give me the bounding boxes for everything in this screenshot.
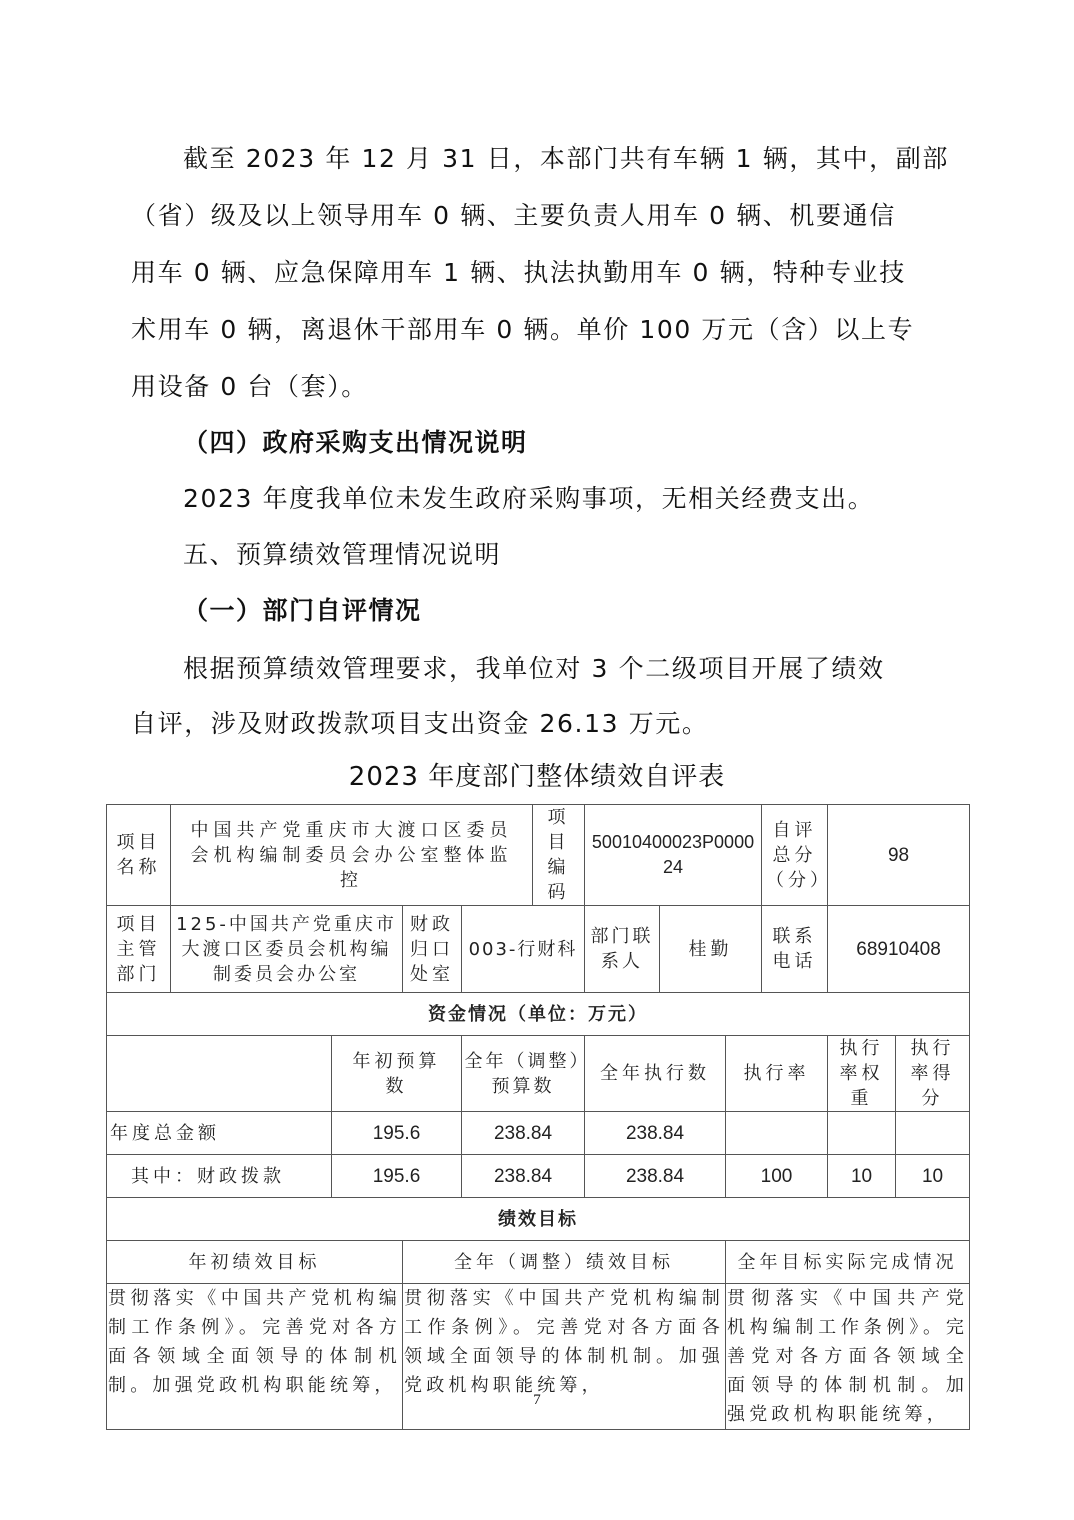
funding-initial: 195.6 [332, 1112, 462, 1155]
goals-header-initial: 年初绩效目标 [107, 1241, 403, 1284]
funding-section-title: 资金情况（单位：万元） [107, 993, 970, 1036]
funding-rate [726, 1112, 828, 1155]
funding-row-label: 其中：财政拨款 [107, 1155, 332, 1198]
phone-label: 联系电话 [762, 906, 828, 993]
funding-executed: 238.84 [585, 1155, 726, 1198]
funding-initial: 195.6 [332, 1155, 462, 1198]
funding-header-score: 执行率得分 [896, 1036, 970, 1112]
project-name-label: 项目名称 [107, 805, 171, 906]
paragraph-vehicles-line-4: 术用车 0 辆，离退休干部用车 0 辆。单价 100 万元（含）以上专 [131, 310, 914, 346]
funding-adjusted: 238.84 [462, 1112, 585, 1155]
goals-header-adjusted: 全年（调整）绩效目标 [403, 1241, 726, 1284]
funding-header-blank [107, 1036, 332, 1112]
funding-executed: 238.84 [585, 1112, 726, 1155]
paragraph-self-eval-line-1: 根据预算绩效管理要求，我单位对 3 个二级项目开展了绩效 [183, 649, 885, 685]
contact-value: 桂勤 [660, 906, 762, 993]
project-code-label: 项目编码 [533, 805, 585, 906]
paragraph-procurement: 2023 年度我单位未发生政府采购事项，无相关经费支出。 [183, 479, 874, 515]
funding-weight: 10 [828, 1155, 896, 1198]
paragraph-vehicles-line-5: 用设备 0 台（套）。 [131, 367, 368, 403]
dept-label: 项目主管部门 [107, 906, 171, 993]
project-name-value: 中国共产党重庆市大渡口区委员会机构编制委员会办公室整体监控 [171, 805, 533, 906]
finance-office-label: 财政归口处室 [403, 906, 462, 993]
phone-value: 68910408 [828, 906, 970, 993]
project-code-value: 50010400023P000024 [585, 805, 762, 906]
row-funding-title: 资金情况（单位：万元） [107, 993, 970, 1036]
funding-weight [828, 1112, 896, 1155]
funding-score: 10 [896, 1155, 970, 1198]
performance-table: 项目名称 中国共产党重庆市大渡口区委员会机构编制委员会办公室整体监控 项目编码 … [106, 804, 970, 1430]
funding-adjusted: 238.84 [462, 1155, 585, 1198]
dept-value: 125-中国共产党重庆市大渡口区委员会机构编制委员会办公室 [171, 906, 403, 993]
row-project-name: 项目名称 中国共产党重庆市大渡口区委员会机构编制委员会办公室整体监控 项目编码 … [107, 805, 970, 906]
funding-header-initial: 年初预算数 [332, 1036, 462, 1112]
row-funding-headers: 年初预算数 全年（调整）预算数 全年执行数 执行率 执行率权重 执行率得分 [107, 1036, 970, 1112]
funding-row-label: 年度总金额 [107, 1112, 332, 1155]
funding-header-rate: 执行率 [726, 1036, 828, 1112]
funding-header-executed: 全年执行数 [585, 1036, 726, 1112]
finance-office-value: 003-行财科 [462, 906, 585, 993]
heading-procurement: （四）政府采购支出情况说明 [183, 423, 528, 459]
row-funding-total: 年度总金额 195.6 238.84 238.84 [107, 1112, 970, 1155]
goals-section-title: 绩效目标 [107, 1198, 970, 1241]
self-score-value: 98 [828, 805, 970, 906]
page-number: 7 [0, 1392, 1074, 1409]
row-funding-fiscal: 其中：财政拨款 195.6 238.84 238.84 100 10 10 [107, 1155, 970, 1198]
funding-header-weight: 执行率权重 [828, 1036, 896, 1112]
paragraph-self-eval-line-2: 自评，涉及财政拨款项目支出资金 26.13 万元。 [131, 704, 708, 740]
paragraph-vehicles-line-3: 用车 0 辆、应急保障用车 1 辆、执法执勤用车 0 辆，特种专业技 [131, 253, 906, 289]
funding-score [896, 1112, 970, 1155]
funding-rate: 100 [726, 1155, 828, 1198]
goals-header-actual: 全年目标实际完成情况 [726, 1241, 970, 1284]
row-goals-headers: 年初绩效目标 全年（调整）绩效目标 全年目标实际完成情况 [107, 1241, 970, 1284]
funding-header-adjusted: 全年（调整）预算数 [462, 1036, 585, 1112]
self-score-label: 自评总分（分） [762, 805, 828, 906]
row-goals-title: 绩效目标 [107, 1198, 970, 1241]
contact-label: 部门联系人 [585, 906, 660, 993]
paragraph-vehicles-line-1: 截至 2023 年 12 月 31 日，本部门共有车辆 1 辆，其中，副部 [183, 139, 949, 175]
heading-section-5: 五、预算绩效管理情况说明 [183, 535, 501, 571]
row-department: 项目主管部门 125-中国共产党重庆市大渡口区委员会机构编制委员会办公室 财政归… [107, 906, 970, 993]
heading-self-evaluation: （一）部门自评情况 [183, 591, 422, 627]
paragraph-vehicles-line-2: （省）级及以上领导用车 0 辆、主要负责人用车 0 辆、机要通信 [131, 196, 896, 232]
table-title: 2023 年度部门整体绩效自评表 [0, 756, 1074, 793]
